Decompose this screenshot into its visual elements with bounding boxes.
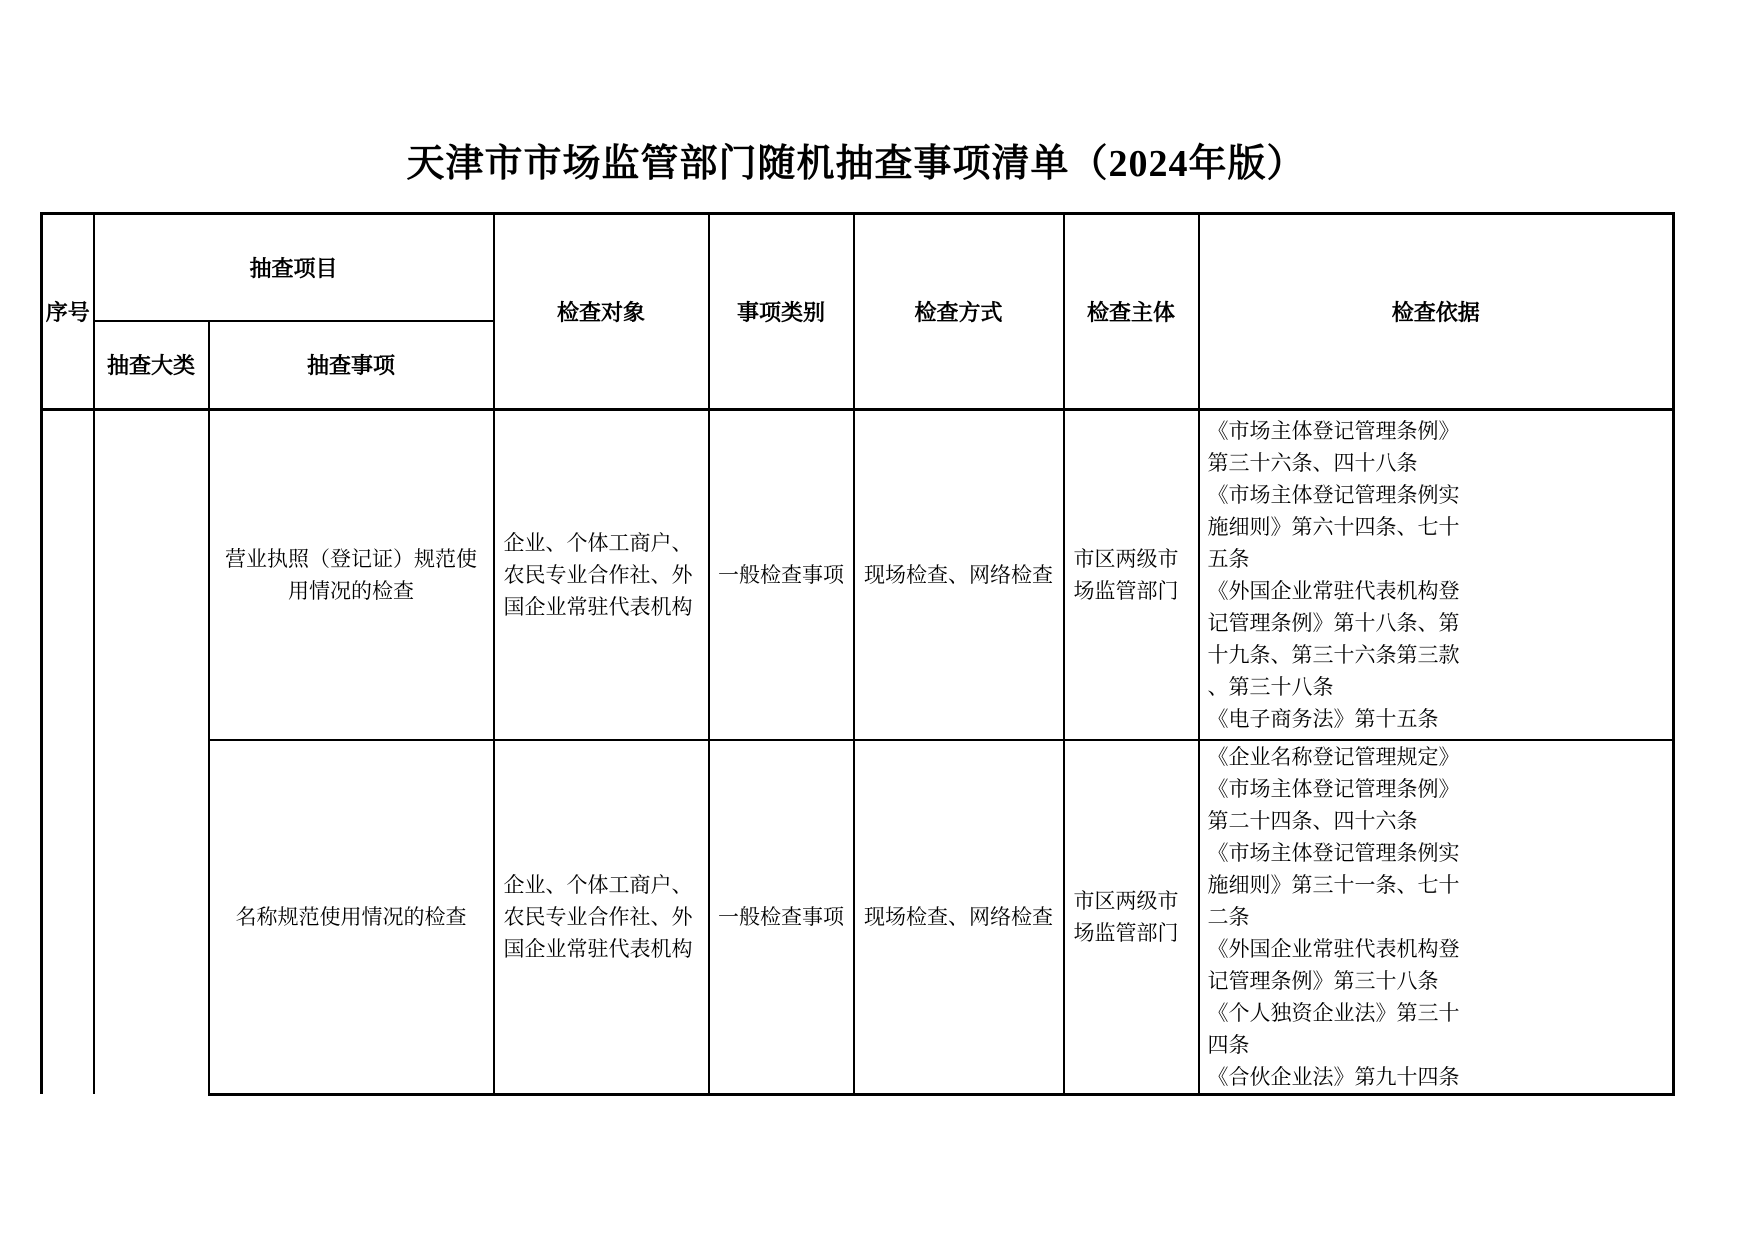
header-item-category: 事项类别 xyxy=(709,214,854,410)
header-inspection-object: 检查对象 xyxy=(494,214,709,410)
cell-serial-number xyxy=(42,410,94,1095)
cell-inspection-object: 企业、个体工商户、 农民专业合作社、外 国企业常驻代表机构 xyxy=(494,410,709,740)
cell-inspection-basis: 《企业名称登记管理规定》 《市场主体登记管理条例》 第二十四条、四十六条 《市场… xyxy=(1199,740,1674,1095)
cell-inspection-matter: 名称规范使用情况的检查 xyxy=(209,740,494,1095)
table-body: 营业执照（登记证）规范使 用情况的检查 企业、个体工商户、 农民专业合作社、外 … xyxy=(42,410,1674,1095)
inspection-items-table: 序号 抽查项目 检查对象 事项类别 检查方式 检查主体 检查依据 抽查大类 抽查… xyxy=(40,212,1675,1096)
table-row: 名称规范使用情况的检查 企业、个体工商户、 农民专业合作社、外 国企业常驻代表机… xyxy=(42,740,1674,1095)
header-inspection-major-category: 抽查大类 xyxy=(94,321,209,410)
header-inspection-subject: 检查主体 xyxy=(1064,214,1199,410)
cell-inspection-matter: 营业执照（登记证）规范使 用情况的检查 xyxy=(209,410,494,740)
cell-inspection-method: 现场检查、网络检查 xyxy=(854,740,1064,1095)
cell-item-category: 一般检查事项 xyxy=(709,410,854,740)
cell-inspection-subject: 市区两级市 场监管部门 xyxy=(1064,740,1199,1095)
cell-major-category xyxy=(94,410,209,1095)
header-inspection-project-group: 抽查项目 xyxy=(94,214,494,321)
header-inspection-method: 检查方式 xyxy=(854,214,1064,410)
cell-inspection-basis: 《市场主体登记管理条例》 第三十六条、四十八条 《市场主体登记管理条例实 施细则… xyxy=(1199,410,1674,740)
header-inspection-basis: 检查依据 xyxy=(1199,214,1674,410)
table-row: 营业执照（登记证）规范使 用情况的检查 企业、个体工商户、 农民专业合作社、外 … xyxy=(42,410,1674,740)
header-inspection-matter: 抽查事项 xyxy=(209,321,494,410)
page-title: 天津市市场监管部门随机抽查事项清单（2024年版） xyxy=(40,132,1672,187)
header-serial-number: 序号 xyxy=(42,214,94,410)
cell-item-category: 一般检查事项 xyxy=(709,740,854,1095)
header-row-1: 序号 抽查项目 检查对象 事项类别 检查方式 检查主体 检查依据 xyxy=(42,214,1674,321)
cell-inspection-subject: 市区两级市 场监管部门 xyxy=(1064,410,1199,740)
cell-inspection-method: 现场检查、网络检查 xyxy=(854,410,1064,740)
cell-inspection-object: 企业、个体工商户、 农民专业合作社、外 国企业常驻代表机构 xyxy=(494,740,709,1095)
table-header: 序号 抽查项目 检查对象 事项类别 检查方式 检查主体 检查依据 抽查大类 抽查… xyxy=(42,214,1674,410)
